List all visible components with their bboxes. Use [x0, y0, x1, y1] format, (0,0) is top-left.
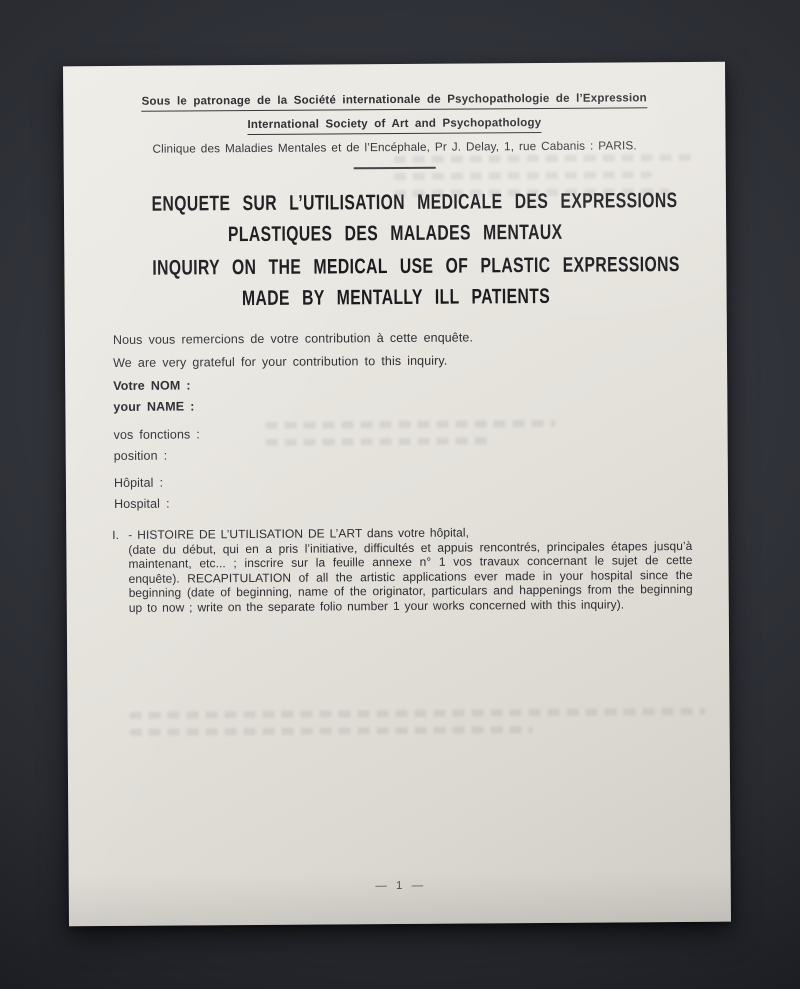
field-name-fr: Votre NOM :	[113, 375, 691, 393]
intro-thanks: Nous vous remercions de votre contributi…	[113, 325, 691, 375]
title-english: INQUIRY ON THE MEDICAL USE OF PLASTIC EX…	[64, 250, 726, 317]
patronage-line-fr-text: Sous le patronage de la Société internat…	[142, 92, 647, 111]
field-hospital-en: Hospital :	[114, 493, 692, 511]
ghost-line	[130, 708, 706, 719]
photo-background: Sous le patronage de la Société internat…	[0, 0, 800, 989]
title-fr-line2: PLASTIQUES DES MALADES MENTAUX	[64, 217, 726, 253]
field-name-en: your NAME :	[113, 396, 691, 414]
thanks-line-en: We are very grateful for your contributi…	[113, 348, 691, 375]
section-1-paragraph: - HISTOIRE DE L’UTILISATION DE L’ART dan…	[128, 524, 693, 615]
bleed-through-ghost-lower	[130, 708, 706, 746]
patronage-line-en: International Society of Art and Psychop…	[63, 116, 725, 136]
ghost-line	[130, 726, 533, 736]
clinic-address-text: Clinique des Maladies Mentales et de l’E…	[152, 138, 636, 155]
section-1-dash: -	[128, 528, 132, 542]
section-1-body-en: RECAPITULATION of all the artistic appli…	[129, 567, 693, 614]
ghost-line	[394, 171, 652, 180]
divider-rule	[354, 167, 436, 170]
title-en-line1: INQUIRY ON THE MEDICAL USE OF PLASTIC EX…	[64, 250, 726, 286]
field-position-fr: vos fonctions :	[114, 424, 692, 442]
field-hospital-fr: Hôpital :	[114, 472, 692, 490]
patronage-line-en-text: International Society of Art and Psychop…	[247, 117, 541, 135]
page-number: — 1 —	[69, 878, 731, 895]
title-fr-line1: ENQUETE SUR L’UTILISATION MEDICALE DES E…	[64, 186, 726, 222]
title-en-line2: MADE BY MENTALLY ILL PATIENTS	[65, 281, 727, 317]
ghost-line	[394, 154, 694, 163]
clinic-address-line: Clinique des Maladies Mentales et de l’E…	[64, 138, 726, 157]
patronage-line-fr: Sous le patronage de la Société internat…	[63, 92, 725, 112]
section-1-history: I. - HISTOIRE DE L’UTILISATION DE L’ART …	[112, 524, 693, 615]
section-1-numeral: I.	[112, 528, 119, 543]
field-position-en: position :	[114, 445, 692, 463]
title-french: ENQUETE SUR L’UTILISATION MEDICALE DES E…	[64, 186, 726, 253]
document-page: Sous le patronage de la Société internat…	[63, 62, 731, 927]
